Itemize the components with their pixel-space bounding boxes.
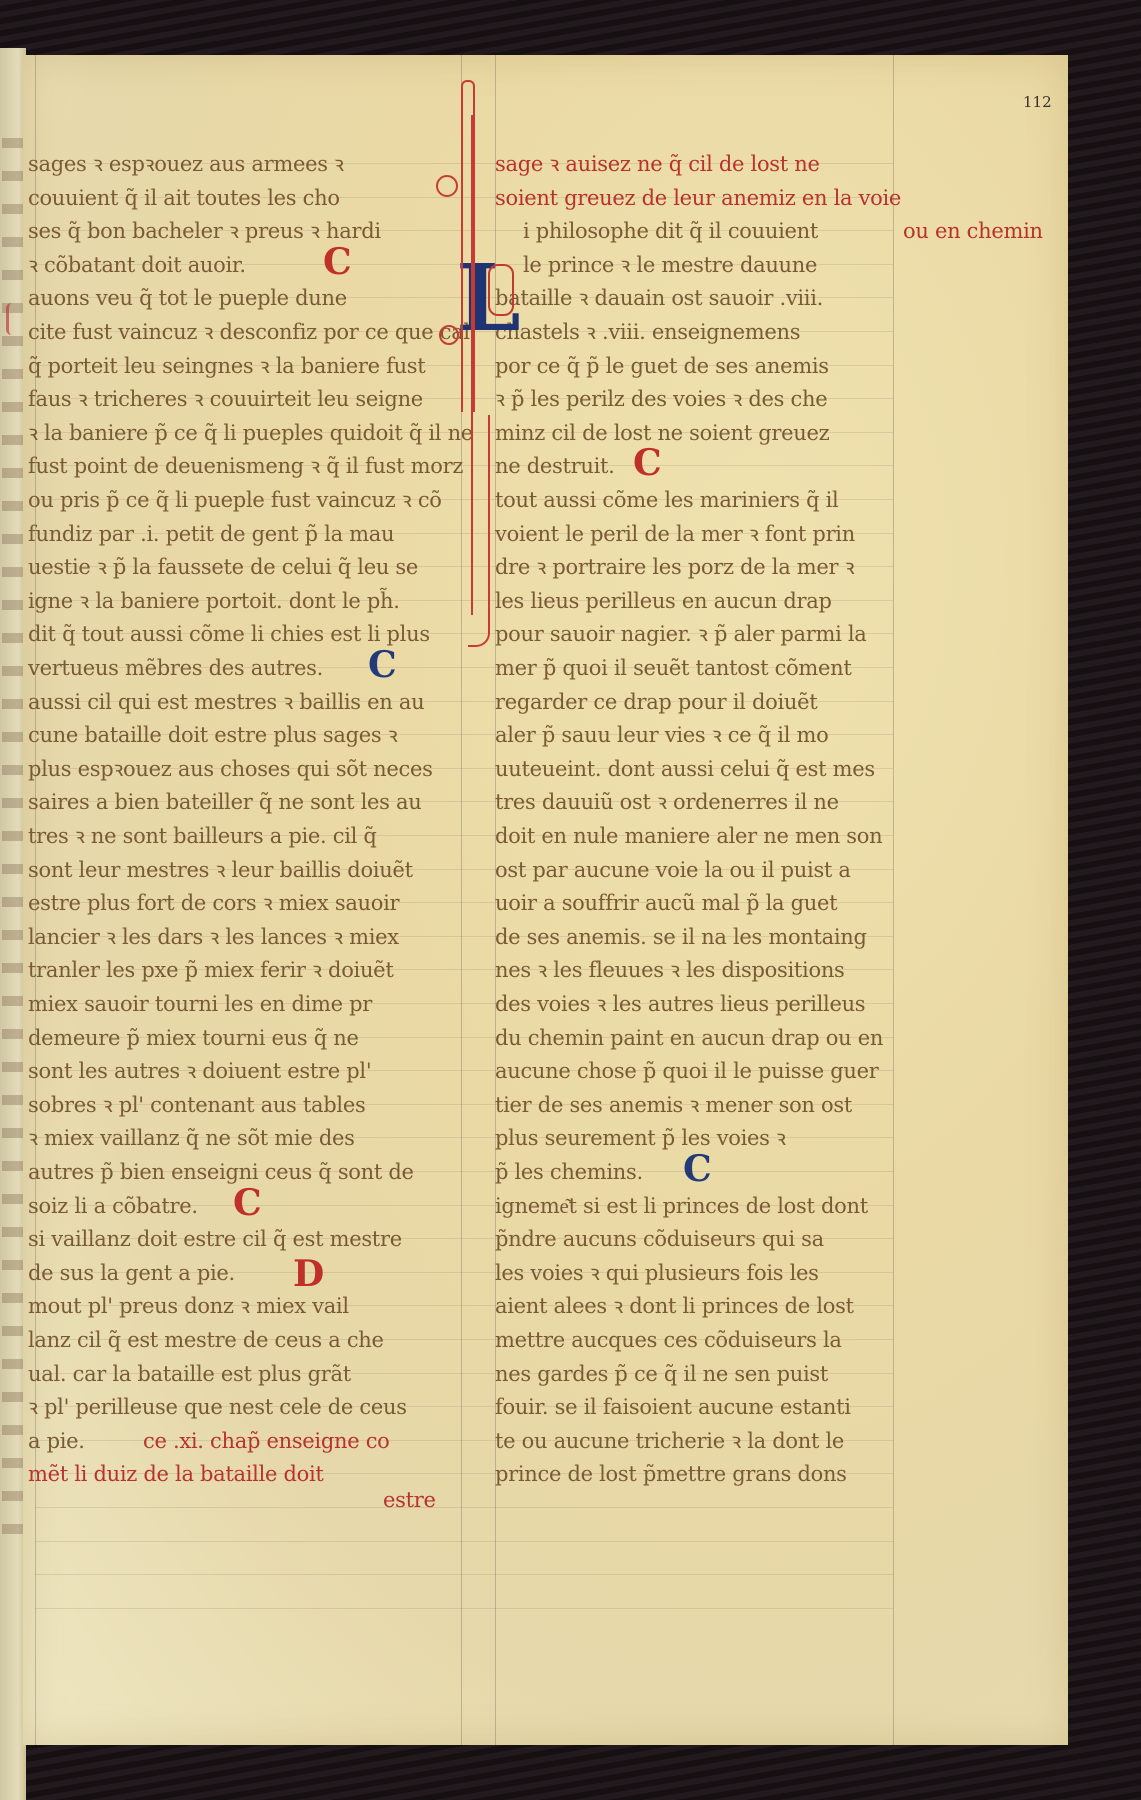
text-line: ost par aucune voie la ou il puist a <box>495 855 851 885</box>
adjacent-page-red-mark <box>6 303 17 335</box>
initial-L-penwork <box>488 264 514 316</box>
text-line: fust point de deuenismeng ꝛ q̃ il fust m… <box>28 451 463 481</box>
text-line: estre plus fort de cors ꝛ miex sauoir <box>28 888 399 918</box>
text-line: ne destruit. <box>495 451 615 481</box>
text-line: bataille ꝛ dauain ost sauoir .viii. <box>495 283 823 313</box>
text-line: sont leur mestres ꝛ leur baillis doiuẽt <box>28 855 413 885</box>
text-line: faus ꝛ tricheres ꝛ couuirteit leu seigne <box>28 384 423 414</box>
rubric-line: estre <box>383 1485 436 1515</box>
text-line: dre ꝛ portraire les porz de la mer ꝛ <box>495 552 854 582</box>
red-penwork-descender <box>468 415 490 647</box>
text-line: aler p̃ sauu leur vies ꝛ ce q̃ il mo <box>495 720 828 750</box>
text-line: mer p̃ quoi il seuẽt tantost cõment <box>495 653 852 683</box>
red-penwork-curl <box>439 325 459 345</box>
text-line: autres p̃ bien enseigni ceus q̃ sont de <box>28 1157 414 1187</box>
ruling-line <box>35 1541 893 1542</box>
text-line: lancier ꝛ les dars ꝛ les lances ꝛ miex <box>28 922 399 952</box>
text-line: regarder ce drap pour il doiuẽt <box>495 687 817 717</box>
text-line: auons veu q̃ tot le pueple dune <box>28 283 347 313</box>
text-line: des voies ꝛ les autres lieus perilleus <box>495 989 865 1019</box>
text-line: du chemin paint en aucun drap ou en <box>495 1023 883 1053</box>
text-line: igne ꝛ la baniere portoit. dont le ph̃. <box>28 586 400 616</box>
text-line: de ses anemis. se il na les montaing <box>495 922 867 952</box>
text-line: sages ꝛ espꝛouez aus armees ꝛ <box>28 149 344 179</box>
text-line: plus espꝛouez aus choses qui sõt neces <box>28 754 433 784</box>
text-line: pour sauoir nagier. ꝛ p̃ aler parmi la <box>495 619 867 649</box>
manuscript-page: 112 sages ꝛ espꝛouez aus armees ꝛcouuien… <box>23 55 1068 1745</box>
text-line: ꝛ cõbatant doit auoir. <box>28 250 246 280</box>
folio-number: 112 <box>1023 93 1052 111</box>
text-line: fouir. se il faisoient aucune estanti <box>495 1392 851 1422</box>
text-line: mout pl' preus donz ꝛ miex vail <box>28 1291 349 1321</box>
text-line: tres ꝛ ne sont bailleurs a pie. cil q̃ <box>28 821 377 851</box>
rubric-line: sage ꝛ auisez ne q̃ cil de lost ne <box>495 149 820 179</box>
text-line: p̃ndre aucuns cõduiseurs qui sa <box>495 1224 824 1254</box>
text-line: cune bataille doit estre plus sages ꝛ <box>28 720 397 750</box>
initial-D-red: D <box>293 1256 324 1292</box>
ruling-right-column-right <box>893 55 894 1745</box>
text-line: tier de ses anemis ꝛ mener son ost <box>495 1090 852 1120</box>
text-line: ou pris p̃ ce q̃ li pueple fust vaincuz … <box>28 485 442 515</box>
text-line: cite fust vaincuz ꝛ desconfiz por ce que… <box>28 317 470 347</box>
text-line: doit en nule maniere aler ne men son <box>495 821 882 851</box>
text-line: tout aussi cõme les mariniers q̃ il <box>495 485 838 515</box>
text-line: sont les autres ꝛ doiuent estre pl' <box>28 1056 371 1086</box>
text-line: uuteueint. dont aussi celui q̃ est mes <box>495 754 875 784</box>
text-line: lanz cil q̃ est mestre de ceus a che <box>28 1325 384 1355</box>
text-line: aussi cil qui est mestres ꝛ baillis en a… <box>28 687 424 717</box>
text-line: te ou aucune tricherie ꝛ la dont le <box>495 1426 844 1456</box>
text-line: fundiz par .i. petit de gent p̃ la mau <box>28 519 394 549</box>
text-line: les lieus perilleus en aucun drap <box>495 586 832 616</box>
initial-C-blue: C <box>368 647 397 683</box>
text-line: nes gardes p̃ ce q̃ il ne sen puist <box>495 1359 828 1389</box>
text-line: ual. car la bataille est plus grãt <box>28 1359 351 1389</box>
rubric-line: soient greuez de leur anemiz en la voie <box>495 183 901 213</box>
text-line: mettre aucques ces cõduiseurs la <box>495 1325 842 1355</box>
text-line: minz cil de lost ne soient greuez <box>495 418 829 448</box>
text-line: ꝛ miex vaillanz q̃ ne sõt mie des <box>28 1123 355 1153</box>
text-line: ꝛ pl' perilleuse que nest cele de ceus <box>28 1392 407 1422</box>
text-line: voient le peril de la mer ꝛ font prin <box>495 519 855 549</box>
text-line: i philosophe dit q̃ il couuient <box>523 216 818 246</box>
text-line: couuient q̃ il ait toutes les cho <box>28 183 340 213</box>
text-line: a pie. <box>28 1426 85 1456</box>
ruling-line <box>35 1608 893 1609</box>
text-line: nes ꝛ les fleuues ꝛ les dispositions <box>495 955 845 985</box>
text-line: miex sauoir tourni les en dime pr <box>28 989 372 1019</box>
decorated-initial-L: L <box>450 252 516 342</box>
text-line: p̃ les chemins. <box>495 1157 643 1187</box>
rubric-line: ou en chemin <box>903 216 1043 246</box>
text-line: uestie ꝛ p̃ la faussete de celui q̃ leu … <box>28 552 418 582</box>
text-line: plus seurement p̃ les voies ꝛ <box>495 1123 786 1153</box>
initial-C-red: C <box>233 1185 262 1221</box>
text-line: soiz li a cõbatre. <box>28 1191 198 1221</box>
text-line: q̃ porteit leu seingnes ꝛ la baniere fus… <box>28 351 425 381</box>
adjacent-page-ghost-text <box>2 138 24 1538</box>
ruling-line <box>35 1507 893 1508</box>
text-line: tranler les pxe p̃ miex ferir ꝛ doiuẽt <box>28 955 393 985</box>
text-line: les voies ꝛ qui plusieurs fois les <box>495 1258 819 1288</box>
initial-C-red: C <box>633 445 662 481</box>
text-line: ꝛ p̃ les perilz des voies ꝛ des che <box>495 384 827 414</box>
text-line: aucune chose p̃ quoi il le puisse guer <box>495 1056 879 1086</box>
text-line: demeure p̃ miex tourni eus q̃ ne <box>28 1023 359 1053</box>
text-line: ꝛ la baniere p̃ ce q̃ li pueples quidoit… <box>28 418 473 448</box>
text-line: tres dauuiũ ost ꝛ ordenerres il ne <box>495 787 839 817</box>
text-line: aient alees ꝛ dont li princes de lost <box>495 1291 854 1321</box>
text-line: vertueus mẽbres des autres. <box>28 653 323 683</box>
text-line: saires a bien bateiller q̃ ne sont les a… <box>28 787 421 817</box>
ruling-line <box>35 1574 893 1575</box>
text-line: chastels ꝛ .viii. enseignemens <box>495 317 800 347</box>
text-line: le prince ꝛ le mestre dauune <box>523 250 817 280</box>
initial-C-red: C <box>323 244 352 280</box>
text-line: si vaillanz doit estre cil q̃ est mestre <box>28 1224 402 1254</box>
text-line: uoir a souffrir aucũ mal p̃ la guet <box>495 888 837 918</box>
text-line: de sus la gent a pie. <box>28 1258 235 1288</box>
text-line: igneme͂t si est li princes de lost dont <box>495 1191 868 1221</box>
text-line: prince de lost p̃mettre grans dons <box>495 1459 847 1489</box>
initial-C-blue: C <box>683 1151 712 1187</box>
rubric-line: ce .xi. chap̃ enseigne co <box>143 1426 390 1456</box>
text-line: por ce q̃ p̃ le guet de ses anemis <box>495 351 829 381</box>
rubric-line: mẽt li duiz de la bataille doit <box>28 1459 324 1489</box>
text-line: sobres ꝛ pl' contenant aus tables <box>28 1090 365 1120</box>
red-penwork-curl <box>436 175 458 197</box>
